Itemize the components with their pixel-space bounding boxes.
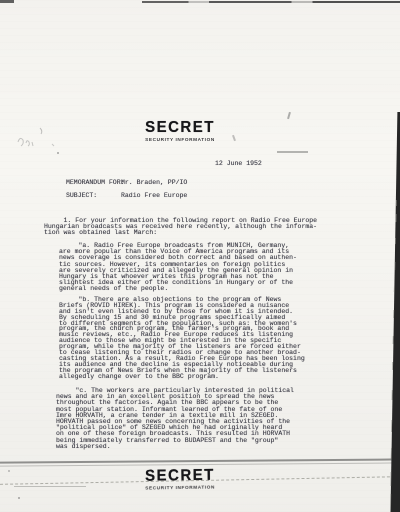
scan-top-edge-line	[142, 1, 400, 3]
classification-stamp-bottom: SECRET SECURITY INFORMATION	[128, 466, 232, 490]
security-information-stamp-text: SECURITY INFORMATION	[128, 137, 232, 142]
memo-date: 12 June 1952	[215, 160, 262, 167]
subject-label: SUBJECT:	[66, 192, 97, 199]
scanned-memo-page: SECRET SECURITY INFORMATION 12 June 1952…	[0, 0, 400, 512]
paragraph-b: "b. There are also objections to the pro…	[59, 297, 305, 379]
memorandum-for-value: Mr. Braden, PP/IO	[121, 179, 187, 186]
memorandum-for-label: MEMORANDUM FOR:	[66, 179, 125, 186]
scan-speck	[8, 470, 10, 472]
security-information-stamp-text: SECURITY INFORMATION	[128, 484, 232, 490]
memo-line: allegedly change over to the BBC program…	[59, 374, 305, 380]
paragraph-a: "a. Radio Free Europe broadcasts from MU…	[59, 243, 297, 293]
memo-line: general needs of the people.	[59, 286, 297, 292]
scan-line-segment	[14, 486, 86, 487]
classification-stamp-top: SECRET SECURITY INFORMATION	[128, 119, 232, 142]
memo-line: tion was obtained last March:	[44, 230, 317, 236]
scan-speck	[18, 497, 20, 499]
scan-speck	[287, 112, 291, 119]
paragraph-c: "c. The workers are particularly interes…	[56, 388, 294, 450]
memo-line: was dispersed.	[56, 444, 294, 450]
handwritten-pencil-mark	[12, 124, 56, 158]
scan-speck	[232, 135, 236, 141]
secret-stamp-text: SECRET	[128, 466, 232, 485]
paragraph-intro: 1. For your information the following re…	[44, 218, 317, 237]
subject-value: Radio Free Europe	[121, 192, 187, 199]
secret-stamp-text: SECRET	[128, 119, 232, 137]
scan-corner-mark	[0, 0, 14, 3]
scan-right-edge-artifact	[380, 0, 400, 512]
scan-short-rule	[277, 151, 308, 153]
scan-speck	[57, 152, 59, 154]
